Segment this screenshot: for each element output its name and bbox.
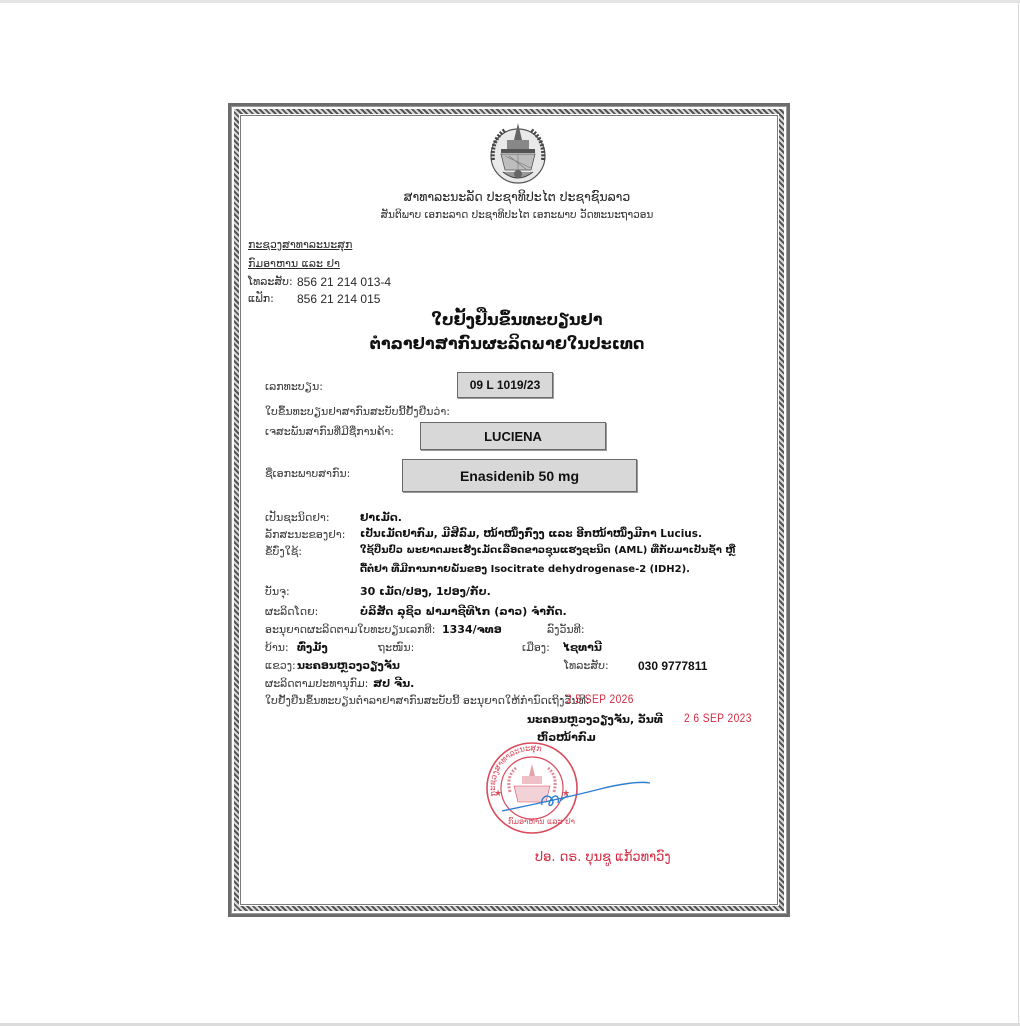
dosage-form-label: ເປັນຊະນິດຢາ: <box>265 511 330 524</box>
signature-mark <box>500 775 660 815</box>
viewer-top-edge <box>0 0 1020 3</box>
registration-number-box: 09 L 1019/23 <box>457 372 553 398</box>
indication-label: ຂໍ້ບົ່ງໃຊ້: <box>265 545 302 558</box>
origin-value: ສປ ຈີນ. <box>373 677 414 690</box>
certificate-title-line1: ໃບຢັ້ງຢືນຂຶ້ນທະບຽນຢາ <box>432 310 603 329</box>
description-label: ລັກສະນະຂອງຢາ: <box>265 528 345 541</box>
street-label: ຖະໜົນ: <box>378 641 414 654</box>
license-value: 1334/ຈທອ <box>442 623 502 636</box>
manufacturer-label: ຜະລິດໂດຍ: <box>265 605 318 618</box>
department-name: ກົມອາຫານ ແລະ ຢາ <box>248 257 340 270</box>
indication-value-line2: ດື້ຕໍ່ຢາ ທີ່ມີການກາຍພັນຂອງ Isocitrate de… <box>360 564 690 575</box>
description-value: ເປັນເມັດຢາກົມ, ມີສີລົມ, ໜ້າໜຶ່ງກົ່ງງ ແລະ… <box>360 528 702 540</box>
registration-number-label: ເລກທະບຽນ: <box>265 380 323 393</box>
ministry-name: ກະຊວງສາທາລະນະສຸກ <box>248 238 352 251</box>
origin-label: ຜະລິດຕາມປະທານຸກົມ: <box>265 677 368 690</box>
certificate-title-line2: ຕຳລາຢາສາກົນຜະລິດພາຍໃນປະເທດ <box>370 334 645 353</box>
generic-name-box: Enasidenib 50 mg <box>402 459 637 492</box>
generic-name-label: ຊື່ເອກະພາບສາກົນ: <box>265 467 350 480</box>
issuer-tel-value: 856 21 214 013-4 <box>297 275 391 289</box>
national-motto: ສັນຕິພາບ ເອກະລາດ ປະຊາທິປະໄຕ ເອກະພາບ ວັດທ… <box>381 209 654 221</box>
lao-national-emblem-icon <box>487 120 549 186</box>
phone-label: ໂທລະສັບ: <box>564 659 609 672</box>
indication-value-line1: ໃຊ້ປິ່ນປົວ ພະຍາດມະເຮັງເມັດເລືອດຂາວຊຸນແຮງ… <box>360 545 736 556</box>
validity-date-stamp: 2 5 SEP 2026 <box>566 692 634 706</box>
package-value: 30 ເມັດ/ປອງ, 1ປອງ/ກັບ. <box>360 585 491 598</box>
province-value: ນະຄອນຫຼວງວຽງຈັນ <box>297 659 400 672</box>
issue-date-stamp: 2 6 SEP 2023 <box>684 711 752 725</box>
district-value: ໄຊທານີ <box>563 641 602 654</box>
svg-text:ກົມອາຫານ ແລະ ຢາ: ກົມອາຫານ ແລະ ຢາ <box>508 816 575 826</box>
certificate-intro: ໃບຂຶ້ນທະບຽນຢາສາກົນສະບັບນີ້ຢັ້ງຢືນວ່າ: <box>265 405 450 418</box>
issuer-fax-value: 856 21 214 015 <box>297 292 380 306</box>
country-name: ສາທາລະນະລັດ ປະຊາທິປະໄຕ ປະຊາຊົນລາວ <box>404 189 631 204</box>
place-date-label: ນະຄອນຫຼວງວຽງຈັນ, ວັນທີ <box>527 713 663 726</box>
license-label: ອະນຸຍາດຜະລິດຕາມໃບທະບຽນເລກທີ: <box>265 623 435 636</box>
phone-value: 030 9777811 <box>638 659 707 673</box>
district-label: ເມືອງ: <box>522 641 550 654</box>
signatory-name: ປອ. ດຣ. ບຸນຊູ ແກ້ວທາວົງ <box>535 850 671 865</box>
validity-text: ໃບຢັ້ງຢືນຂຶ້ນທະບຽນຕຳລາຢາສາກົນສະບັບນີ້ ອະ… <box>265 694 590 707</box>
package-label: ບັນຈຸ: <box>265 585 290 598</box>
dosage-form-value: ຢາເມັດ. <box>360 511 402 524</box>
manufacturer-value: ບໍລິສັດ ລຸຊິວ ຟາມາຊີທິໄກ (ລາວ) ຈຳກັດ. <box>360 605 567 618</box>
village-label: ບ້ານ: <box>265 641 289 654</box>
province-label: ແຂວງ: <box>265 659 296 672</box>
license-date-label: ລົງວັນທີ: <box>547 623 585 636</box>
trade-name-label: ເຈສະພັນສາກົນທີ່ມີຊື່ການຄ້າ: <box>265 425 394 438</box>
village-value: ທົ່ງມັງ <box>297 641 328 654</box>
issuer-fax-label: ແຟັກ: <box>248 292 274 305</box>
trade-name-box: LUCIENA <box>420 422 606 450</box>
issuer-tel-label: ໂທລະສັບ: <box>248 275 293 288</box>
viewer-right-edge <box>1018 3 1019 1023</box>
